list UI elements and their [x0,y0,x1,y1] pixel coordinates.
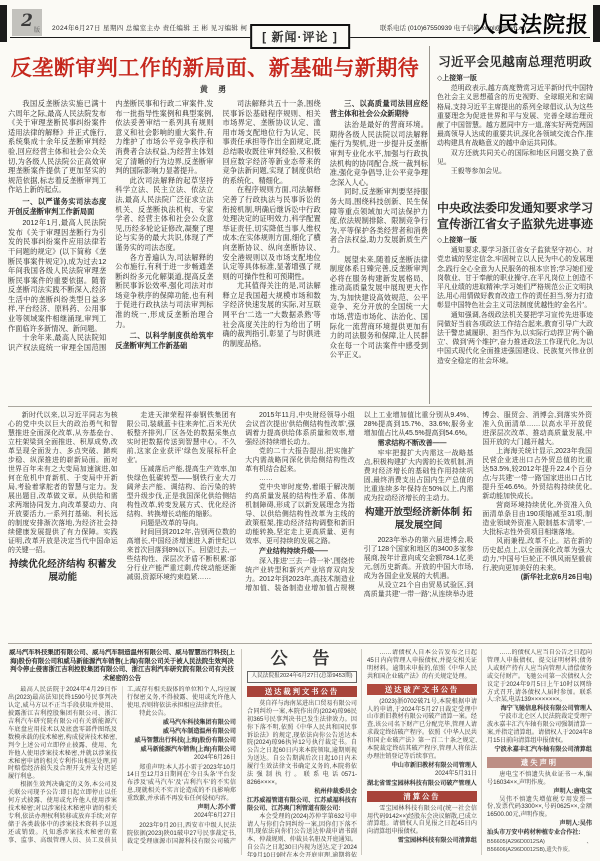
paragraph: 郑重声明:本人苏小雷于2023年10月14日至12月3日期间在'今日头条'平台发… [127,764,236,804]
right-article-b-headline: 中央政法委印发通知要求学习 宣传浙江省女子监狱先进事迹 [436,200,594,232]
paragraph: 需求结构不断改善—— [364,439,474,448]
paragraph: 二、以科学制度供给筑牢反垄断审判工作新基础 [115,331,213,350]
paragraph: 2012年1月,最高人民法院发布《关于审理因垄断行为引发的民事纠纷案件应用法律若… [8,218,106,333]
gonggao-col1-text: 莫自祥与海南某进出口贸易有限公司合同纠纷一案,本院作出的(2024)琼96民初3… [247,700,357,857]
paragraph: 2023年举办的第六届进博会,吸引了128个国家和地区的3400多家参展商,按年… [364,536,474,581]
paragraph: 时间回到2012年,告别两位数的高增长,中国经济增速进入新世纪以来首次回落到8%… [127,528,237,582]
bottom-divider-1 [241,649,242,855]
gonggao-column-2: ……请债权人自本公告发布之日起45日内向管理人申报债权,并提交相关证明材料。逾期… [367,649,477,857]
page-number-label: 版 [34,25,40,34]
paragraph: 雪宝园林科技有限公司(统一社会信用代码9142××)经股东会决议解散,已成立清算… [367,805,477,837]
paragraph: 江苏威福管道有限公司、江苏威福科技有限公司、江苏奥门利管道有限公司: [247,797,357,813]
page-number: 2 [21,11,33,31]
paragraph: (2023)浙0702破71号,本院根据申请人的申请,于2024年5月27日裁定… [367,698,477,761]
paragraph: …… [245,474,355,483]
banner-judgment-delivery: 送达裁判文书公告 [247,686,357,697]
paragraph: 威马新能源汽车销售(上海)有限公司 [127,746,236,754]
paragraph: ◇上接第一版 [437,236,593,245]
right-article-a-body: ◇上接第一版范明政表示,越方高度赞赏习近平新时代中国特色社会主义思想蕴含的历史视… [437,74,593,194]
paragraph: (新华社北京6月26日电) [482,573,592,582]
paragraph: 司法解释共五十一条,围绕民事诉讼基础程序规则、相关市场界定、垄断协议认定、滥用市… [223,99,321,185]
paragraph: 声明人:吴伟 [487,820,592,828]
paragraph: 湖北省雪宝园林科技有限公司破产管理人 [367,780,477,788]
main-headline: 反垄断审判工作的新局面、新基础与新期待 [0,52,430,82]
middle-rule [8,406,592,407]
left-edge-bar [0,5,7,42]
paragraph: 法治是最好的营商环境。期待各级人民法院以司法解释施行为契机,进一步提升反垄断审判… [330,120,428,187]
paragraph: 王毅等参加会见。 [437,167,593,176]
gonggao-column-3: ……的债权人应当自公告之日起向管理人申报债权、提交证明材料;债务人或财产持有人应… [487,649,592,857]
paragraph: 压减落后产能,提高生产效率,加快绿色低碳转型——钢铁行业大刀阔斧去产能、调结构、… [127,465,237,519]
paragraph: 走进天津荣程祥泰钢铁集团有限公司,装载蓝卡往来奔忙,百米光伏板整齐排列,厂区各处… [127,411,237,465]
paragraph: 威马汽车制造温州有限公司 [127,728,236,736]
banner: 送达破产文书公告 [367,684,477,695]
headline-line-1: 中央政法委印发通知要求学习 [436,200,594,216]
paragraph: 新时代以来,以习近平同志为核心的党中央以巨大的政治勇气和智慧推进全面深化改革,从… [8,411,118,555]
paragraph: 声明人:苏小雷 [127,804,236,812]
main-article-body: 我国反垄断法实施已满十六周年之际,最高人民法院发布《关于审理垄断民事纠纷案件适用… [8,99,428,402]
paragraph: 展望未来,随着反垄断法律制度体系日臻完善,反垄断审判必将在服务构建新发展格局、推… [330,255,428,361]
masthead: 人民法院报 [473,8,590,39]
headline-line-2: 宣传浙江省女子监狱先进事迹 [436,216,594,232]
paragraph: 此次司法解释的起草坚持科学立法、民主立法、依法立法,最高人民法院广泛征求立法机关… [115,176,213,253]
paragraph: 上海海关统计显示,2023年我国民营企业进出口占外贸总值的比重达53.5%,较2… [482,447,592,501]
paragraph: 通知要求,要学习浙江省女子监狱坚守初心、对党忠诚的坚定信念,牢固树立以人民为中心… [437,246,593,310]
paragraph: 持续优化经济结构 积蓄发展动能 [8,559,118,584]
paragraph: 各方普遍认为,司法解释的公布施行,有利于进一步畅通垄断纠纷多元化解渠道,提高反垄… [115,253,213,330]
paragraph: 2024年5月31日 [367,770,477,778]
paragraph: ……的债权人应当自公告之日起向管理人申报债权、提交证明材料;债务人或财产持有人应… [487,649,592,704]
gonggao-column-1: 公 告 人民法院报2024年6月27日(总第9453期) 送达裁判文书公告 莫自… [247,649,357,857]
paragraph: ◇上接第一版 [437,74,593,83]
economy-article-body: 新时代以来,以习近平同志为核心的党中央以巨大的政治勇气和智慧推进全面深化改革,从… [8,411,592,641]
newspaper-page: 2 版 2024年6月27日 星期四 总编室主办 责任编辑 王 彬 见习编辑 柯… [0,0,600,861]
bottom-divider-3 [481,649,482,855]
banner: 清算公告 [367,791,477,802]
paragraph: 一、以严谨务实司法态度开创反垄断审判工作新局面 [8,197,106,216]
dateline: 2024年6月27日 星期四 总编室主办 责任编辑 王 彬 见习编辑 柯 敏 [52,23,256,32]
paragraph: 宁波市北仑区人民法院裁定受理宁波永嘉丰汇汽车轴有限公司强制清算一案,并指定清算组… [487,713,592,745]
section-title: [ 新闻·评论 ] [250,24,350,49]
column-divider [429,46,430,404]
paragraph: 杭州仲裁委员会 [247,788,357,796]
right-article-a-headline: 习近平会见越南总理范明政 [436,52,594,70]
gonggao-title: 公 告 [253,649,357,669]
paragraph: 唐电宝不慎遗失执业证书一本,编号16034××,声明作废。 [487,771,592,787]
paragraph: 营商环境持续优化,外资准入负面清单条目由190项缩减至31项,制造业领域外资准入… [482,501,592,537]
paragraph: 在程序规则方面,司法解释完善了行政执法与民事诉讼的衔接机制,明确后继诉讼中行政处… [223,185,321,281]
bottom-divider-2 [361,649,362,855]
banner: 遗失声明 [487,757,592,768]
paragraph: 同时,反垄断审判要坚持服务大局,围绕科技创新、民生保障等重点领域加大司法保护力度… [330,187,428,254]
paragraph: 莫自祥与海南某进出口贸易有限公司合同纠纷一案,本院作出的(2024)琼96民初3… [247,700,357,787]
paragraph: 汕头市万安中药材种植专业合作社: [487,829,592,837]
col2-flow: ……请债权人自本公告发布之日起45日内向管理人申报债权,并提交相关证明材料。逾期… [367,649,477,845]
right-edge-bar [593,5,600,42]
paragraph: 我国反垄断法实施已满十六周年之际,最高人民法院发布《关于审理垄断民事纠纷案件适用… [8,99,106,195]
paragraph: 雪宝园林科技有限公司清算组 [367,837,477,845]
col3-flow: ……的债权人应当自公告之日起向管理人申报债权、提交证明材料;债务人或财产持有人应… [487,649,592,855]
paragraph: 特此公告。 [127,710,236,718]
paragraph: 构建开放型经济新体制 拓展发展空间 [364,507,474,532]
paragraph: 通知强调,各级政法机关要把学习宣传先进事迹同做好当前各项政法工作结合起来,教育引… [437,311,593,366]
paragraph: 2015年11月,中央财经领导小组会议首次提出'供给侧结构性改革',强调着力提高… [245,411,355,447]
main-author: 黄 勇 [0,84,430,95]
paragraph: 尤其值得关注的是,司法解释立足我国超大规模市场和数字经济快速发展的实际,对互联网… [223,281,321,348]
notice-weima-geely: 威马汽车科技集团有限公司、威马汽车制造温州有限公司、威马智慧出行科技(上海)股份… [8,649,236,857]
paragraph: ……请债权人自本公告发布之日起45日内向管理人申报债权,并提交相关证明材料。逾期… [367,649,477,681]
right-article-b-body: ◇上接第一版通知要求,要学习浙江省女子监狱坚守初心、对党忠诚的坚定信念,牢固树立… [437,236,593,402]
paragraph: 党的二十大报告提出,把实施扩大内需战略同深化供给侧结构性改革有机结合起来。 [245,447,355,474]
paragraph: 声明人:唐电宝 [487,788,592,796]
paragraph: 威马智慧出行科技(上海)股份有限公司 [127,737,236,745]
notice-title: 威马汽车科技集团有限公司、威马汽车制造温州有限公司、威马智慧出行科技(上海)股份… [8,649,236,683]
page-number-box: 2 版 [12,9,42,36]
paragraph: 三、以高质量司法回应经营主体和社会公众新期待 [330,99,428,118]
notice-body: 最高人民法院于2024年4月29日作出(2023)最高法知民终1590号民事判决… [8,686,236,851]
paragraph: 最高人民法院于2024年4月29日作出(2023)最高法知民终1590号民事判决… [8,686,117,781]
paragraph: 党中央审时度势,着眼于解决制约高质量发展的结构性矛盾、体制机制障碍,形成了以新发… [245,483,355,546]
paragraph: 问题是改革的导向。 [127,519,237,528]
paragraph: 2024年6月27日 [127,812,236,820]
paragraph: 双方还就共同关心的国际和地区问题交换了意见。 [437,149,593,167]
paragraph: 威马汽车科技集团有限公司 [127,719,236,727]
issue-line: 人民法院报2024年6月27日(总第9453期) [247,671,357,683]
paragraph: 牢牢把握扩大内需这一战略基点,积极构建扩大内需的长效机制,消费对经济增长的基础性… [364,449,474,503]
paragraph: 本会受理的(2024)苏仲字第632号申请人与你们合同纠纷一案,因你们下落不明,… [247,813,357,857]
paragraph: 中山市新旧教材有限公司管理人 [367,762,477,770]
paragraph: 范明政表示,越方高度赞赏习近平新时代中国特色社会主义思想蕴含的历史视野、全球眼光… [437,84,593,148]
paragraph: 2024年6月26日 [127,754,236,762]
paragraph: 吴伟不慎遗失增值税专用发票一份,发票代码3300××,号码0625××,金额16… [487,796,592,820]
paragraph: 产业结构持续升级—— [245,547,355,556]
bottom-rule [8,643,592,644]
paragraph: B56605(A296D0012SA)、B56606(A296D0012SB),… [487,839,592,855]
paragraph: 宁波永嘉丰汇汽车轴有限公司清算组 [487,746,592,754]
paragraph: 风雨兼程,改革不止。站在新的历史起点上,以全面深化改革为强大动力,'中国号'巨轮… [482,537,592,573]
